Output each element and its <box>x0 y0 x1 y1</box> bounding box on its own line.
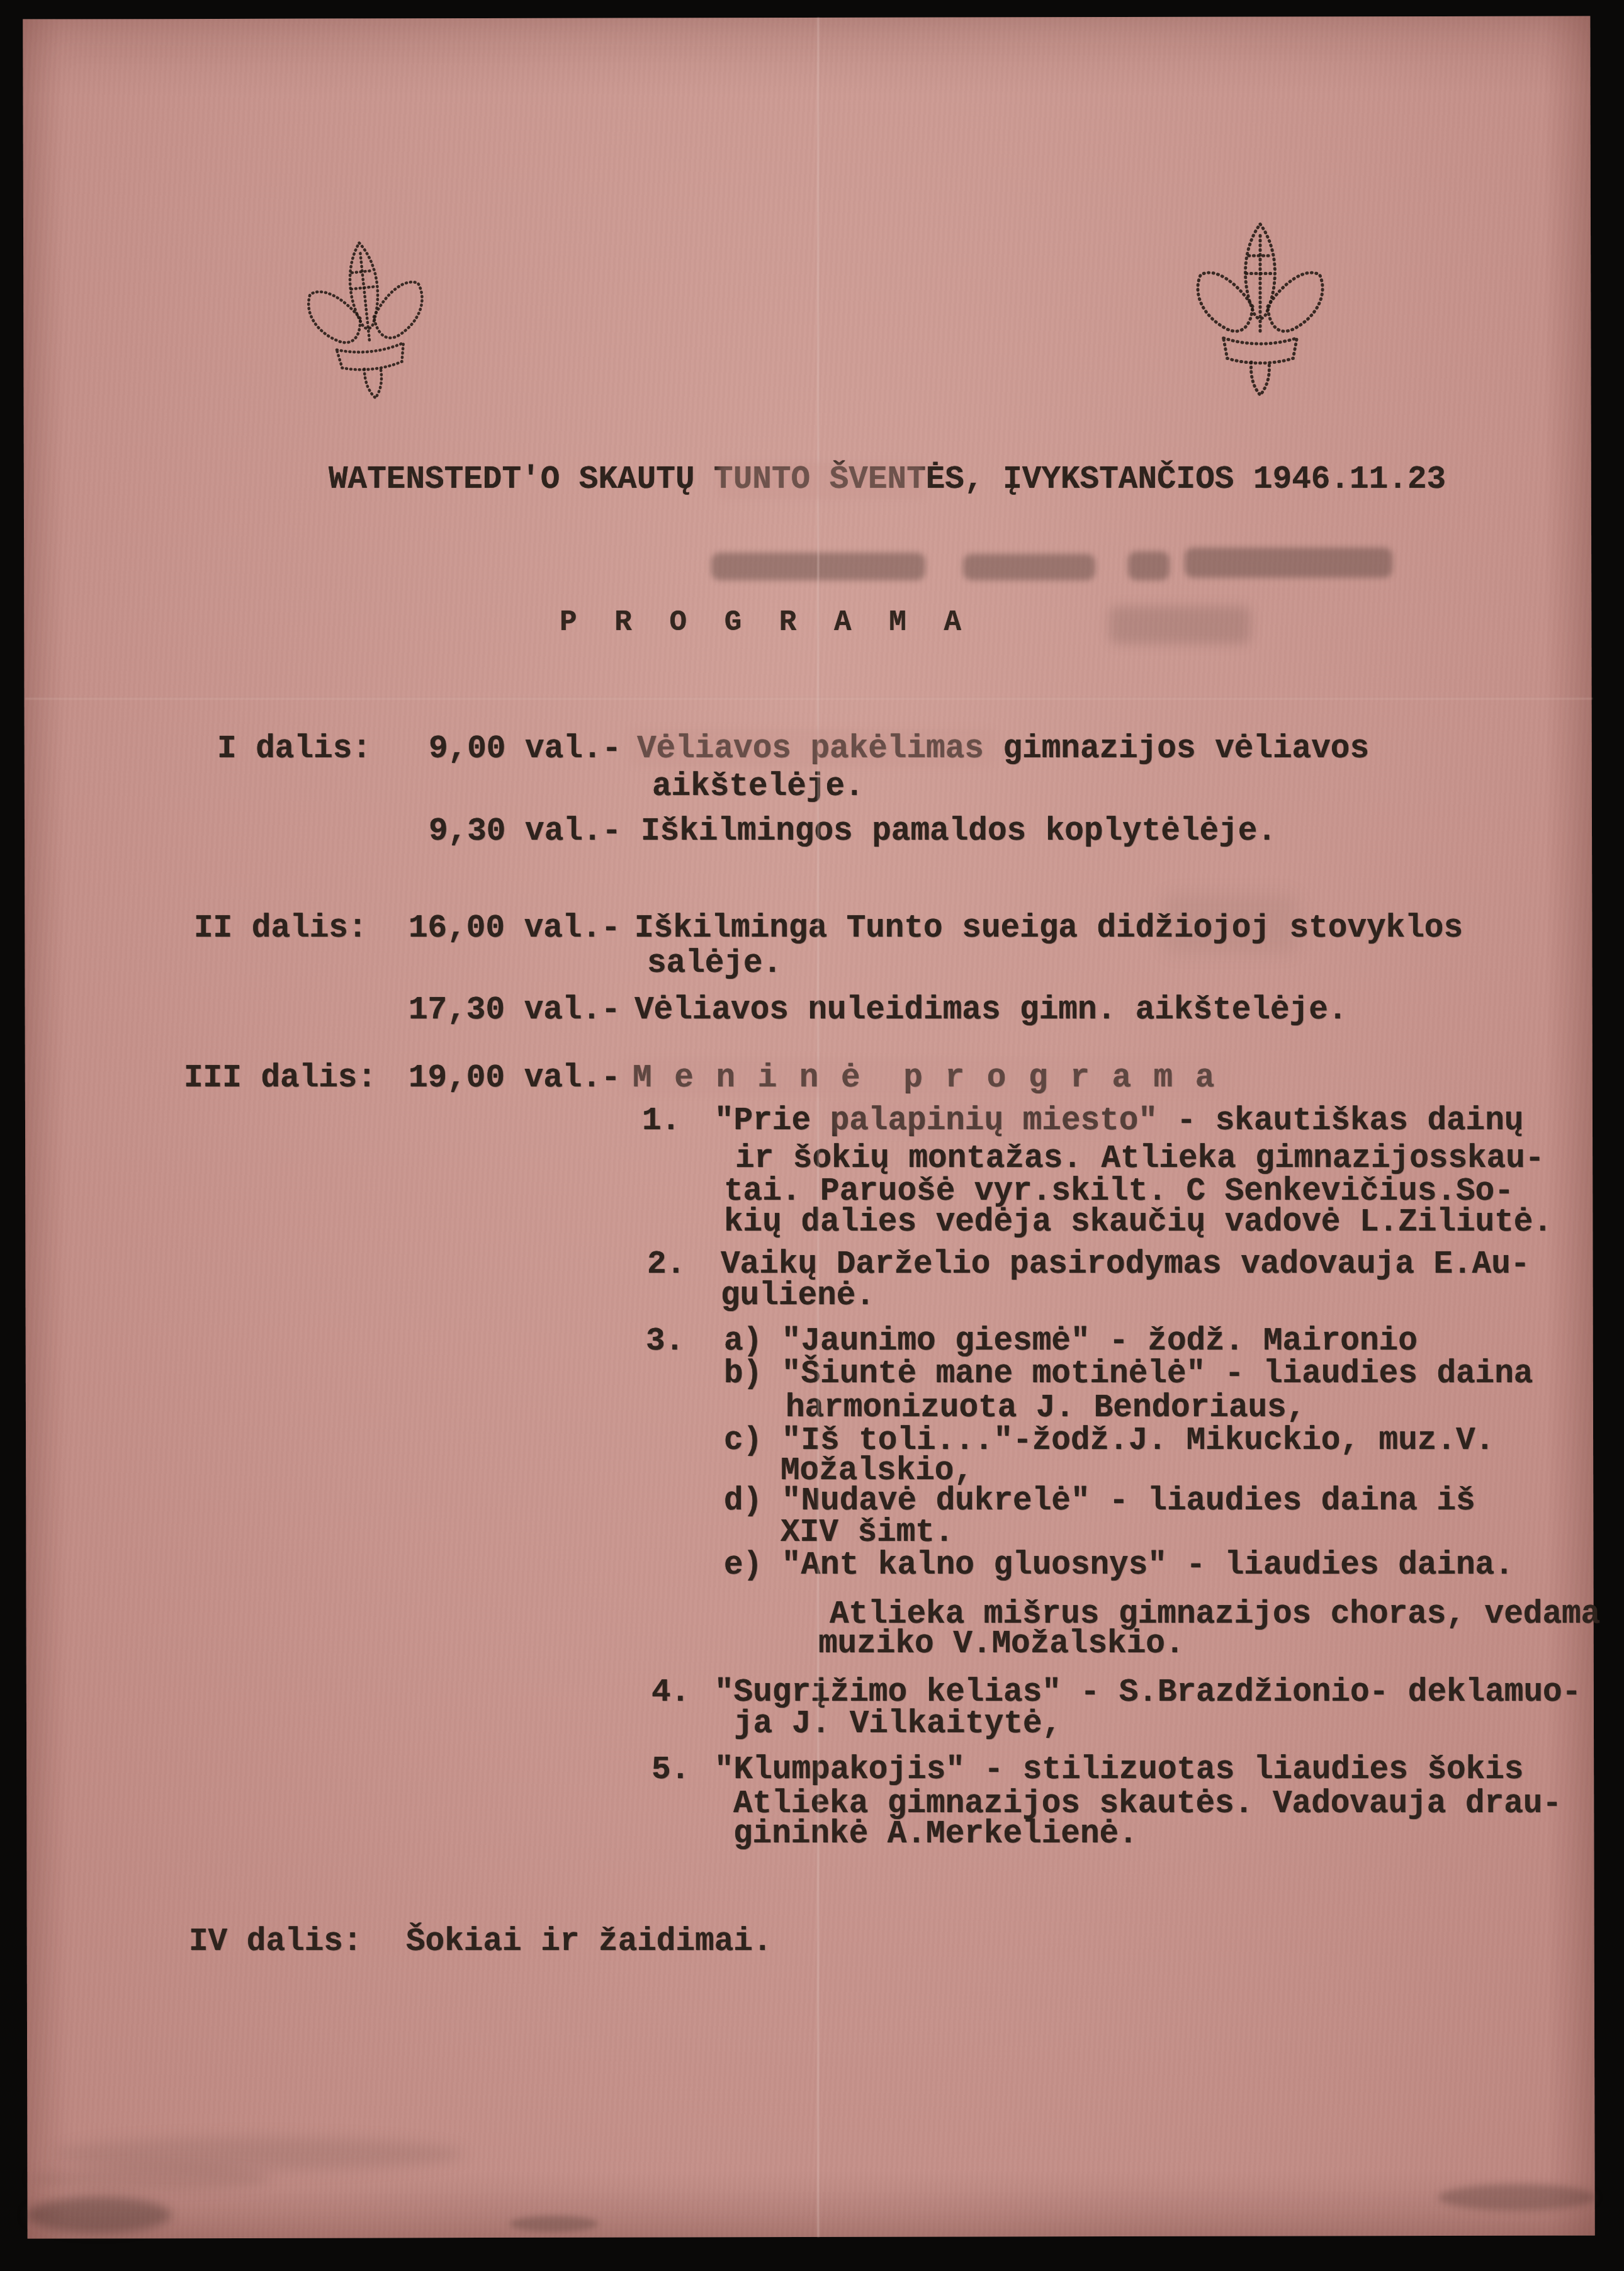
text-line: gininkė A.Merkelienė. <box>733 1818 1138 1851</box>
programa-heading: P R O G R A M A <box>560 608 971 637</box>
text-line: II dalis: <box>194 913 367 945</box>
text-line: salėje. <box>647 948 782 980</box>
ink-bleed-through <box>1109 606 1251 644</box>
ink-smudge <box>510 2216 598 2232</box>
text-line: gulienė. <box>721 1280 875 1312</box>
text-line: Atlieka gimnazijos skautės. Vadovauja dr… <box>733 1788 1562 1820</box>
text-line: 17,30 val.- <box>409 995 621 1027</box>
text-line: M e n i n ė p r o g r a m a <box>633 1062 1216 1095</box>
scout-lily-emblem-icon <box>274 228 463 441</box>
text-line: d) "Nudavė dukrelė" - liaudies daina iš <box>724 1485 1475 1518</box>
text-line: Vaikų Darželio pasirodymas vadovauja E.A… <box>721 1249 1530 1281</box>
text-line: a) "Jaunimo giesmė" - žodž. Maironio <box>724 1326 1418 1358</box>
document-title: WATENSTEDT'O SKAUTŲ TUNTO ŠVENTĖS, ĮVYKS… <box>329 464 1446 496</box>
text-line: "Klumpakojis" - stilizuotas liaudies šok… <box>714 1754 1523 1786</box>
text-line: 19,00 val.- <box>409 1062 621 1095</box>
text-line: muziko V.Možalskio. <box>818 1628 1185 1660</box>
ink-bleed-through <box>963 554 1095 580</box>
text-line: b) "Šiuntė mane motinėlė" - liaudies dai… <box>724 1358 1533 1390</box>
text-line: e) "Ant kalno gluosnys" - liaudies daina… <box>724 1550 1514 1582</box>
ink-bleed-through <box>1128 551 1170 580</box>
text-line: 2. <box>647 1249 685 1281</box>
text-line: I dalis: <box>217 733 371 765</box>
text-line: IV dalis: <box>189 1926 362 1958</box>
ink-smudge <box>1438 2184 1596 2211</box>
text-line: 9,30 val.- <box>429 816 621 848</box>
text-line: aikštelėje. <box>652 771 864 803</box>
ink-smudge <box>26 2197 171 2233</box>
text-line: III dalis: <box>184 1062 376 1095</box>
text-line: Vėliavos pakėlimas gimnazijos vėliavos <box>637 733 1369 765</box>
text-line: tai. Paruošė vyr.skilt. C Senkevičius.So… <box>724 1176 1514 1208</box>
text-line: 4. <box>651 1677 690 1709</box>
scout-fleur-de-lis-emblem-icon <box>1181 218 1339 433</box>
text-line: XIV šimt. <box>781 1517 954 1549</box>
text-line: Vėliavos nuleidimas gimn. aikštelėje. <box>634 995 1347 1027</box>
text-line: harmonizuota J. Bendoriaus, <box>786 1392 1305 1424</box>
text-line: ja J. Vilkaitytė, <box>734 1708 1061 1740</box>
scanner-background: WATENSTEDT'O SKAUTŲ TUNTO ŠVENTĖS, ĮVYKS… <box>0 0 1624 2271</box>
text-line: c) "Iš toli..."-žodž.J. Mikuckio, muz.V. <box>724 1425 1494 1457</box>
paper-stain <box>30 2165 269 2192</box>
ink-bleed-through <box>1185 548 1392 578</box>
text-line: 16,00 val.- <box>409 913 621 945</box>
text-line: 9,00 val.- <box>429 733 621 765</box>
text-line: 5. <box>651 1754 690 1786</box>
text-line: Šokiai ir žaidimai. <box>406 1926 772 1958</box>
horizontal-fold-crease <box>25 697 1593 699</box>
text-line: "Sugrįžimo kelias" - S.Brazdžionio- dekl… <box>714 1677 1581 1709</box>
text-line: Iškilmingos pamaldos koplytėlėje. <box>641 816 1277 848</box>
text-line: "Prie palapinių miesto" - skautiškas dai… <box>714 1105 1523 1137</box>
text-line: 1. <box>642 1105 680 1137</box>
text-line: ir šokių montažas. Atlieka gimnazijosska… <box>735 1143 1544 1175</box>
text-line: kių dalies vedėja skaučių vadovė L.Ziliu… <box>724 1207 1552 1239</box>
vertical-fold-crease <box>817 18 820 2237</box>
text-line: 3. <box>646 1326 684 1358</box>
text-line: Možalskio, <box>781 1455 973 1487</box>
text-line: Iškilminga Tunto sueiga didžiojoj stovyk… <box>634 913 1463 945</box>
